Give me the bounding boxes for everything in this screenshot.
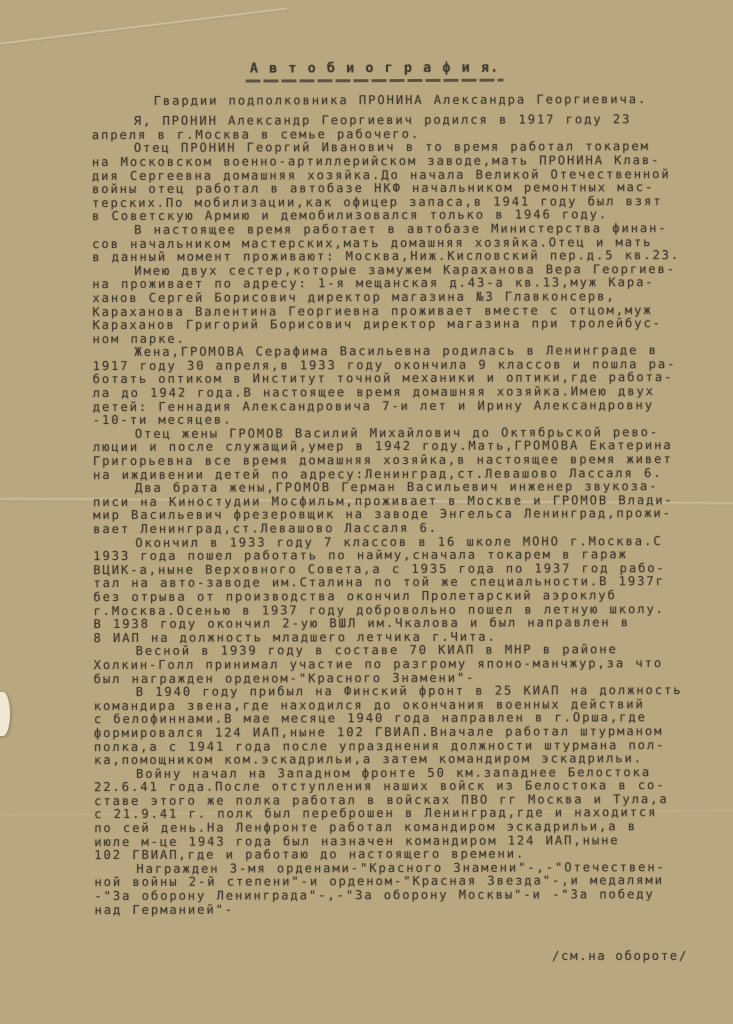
paragraph: В настоящее время работает в автобазе Ми… [92,222,710,265]
paragraphs: Я, ПРОНИН Александр Георгиевич родился в… [92,113,713,917]
doc-subtitle: Гвардии подполковника ПРОНИНА Александра… [92,93,710,109]
paragraph: Имею двух сестер,которые замужем Карахан… [92,263,710,347]
paragraph: Весной в 1939 году в составе 70 КИАП в М… [94,643,712,686]
document-scan: А в т о б и о г р а ф и я. Гвардии подпо… [0,0,733,1024]
paper-torn-nick [0,692,10,736]
paragraph: Войну начал на Западном фронте 50 км.зап… [94,766,712,863]
paragraph: Отец ПРОНИН Георгий Иванович в то время … [92,140,710,224]
paragraph: Я, ПРОНИН Александр Георгиевич родился в… [92,113,710,142]
text-line: Караханов Григорий Борисович директор ма… [92,317,710,333]
paragraph: Жена,ГРОМОВА Серафима Васильевна родилас… [92,344,710,428]
text-line: -"За оборону Ленинграда"-,-"За оборону М… [94,888,712,904]
paper-fold-left [22,0,24,1024]
autobiography-text: А в т о б и о г р а ф и я. Гвардии подпо… [92,61,713,917]
paragraph: Награжден 3-мя орденами-"Красного Знамен… [94,861,712,918]
doc-title: А в т о б и о г р а ф и я. [66,61,684,77]
paragraph: Два брата жены,ГРОМОВ Герман Васильевич … [93,480,711,537]
text-line: над Германией"- [94,902,712,918]
title-underline [246,78,504,82]
paper-crease-top [0,8,287,48]
paragraph: В 1940 году прибыл на Финский фронт в 25… [94,684,712,768]
text-line: детей: Геннадия Александровича 7-и лет и… [93,399,711,415]
footer-note: /см.на обороте/ [552,948,688,963]
paragraph: Отец жены ГРОМОВ Василий Михайлович до О… [93,426,711,483]
paragraph: Окончил в 1933 году 7 классов в 16 школе… [93,535,711,646]
